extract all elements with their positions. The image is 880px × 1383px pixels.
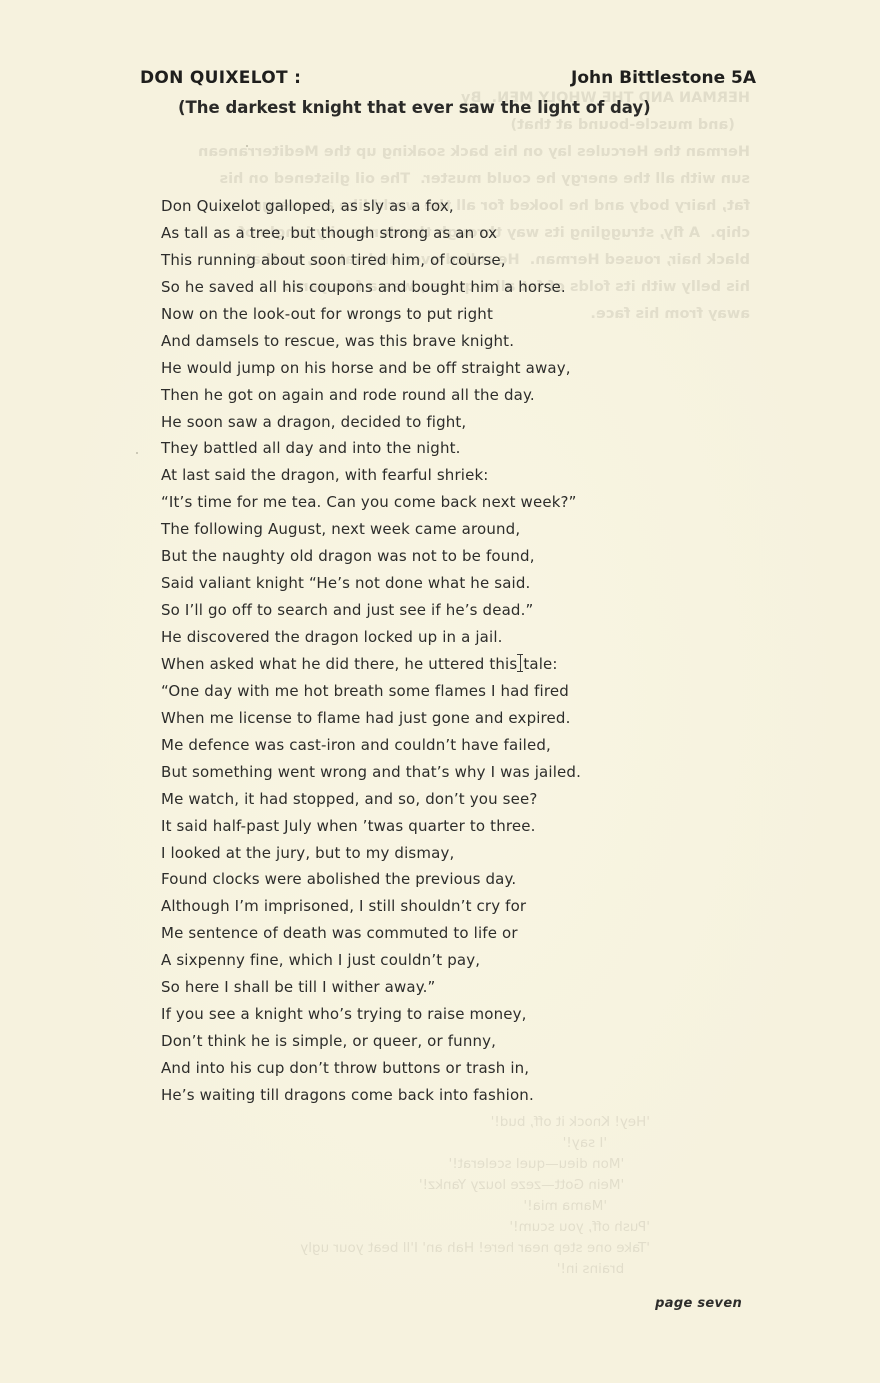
poem-line: A sixpenny fine, which I just couldn’t p… bbox=[161, 947, 581, 974]
poem-line: At last said the dragon, with fearful sh… bbox=[161, 462, 581, 489]
poem-subtitle: (The darkest knight that ever saw the li… bbox=[178, 98, 706, 117]
poem-line: It said half-past July when ’twas quarte… bbox=[161, 813, 581, 840]
poem-line: And damsels to rescue, was this brave kn… bbox=[161, 328, 581, 355]
poem-line: Then he got on again and rode round all … bbox=[161, 382, 581, 409]
poem-line: Said valiant knight “He’s not done what … bbox=[161, 570, 581, 597]
poem-line: Me sentence of death was commuted to lif… bbox=[161, 920, 581, 947]
print-speck bbox=[246, 145, 248, 147]
text-cursor-ibeam-icon bbox=[517, 654, 523, 672]
print-speck bbox=[136, 452, 138, 454]
poem-line: Although I’m imprisoned, I still shouldn… bbox=[161, 893, 581, 920]
poem-author: John Bittlestone 5A bbox=[571, 68, 756, 88]
poem-line: This running about soon tired him, of co… bbox=[161, 247, 581, 274]
poem-line: Don Quixelot galloped, as sly as a fox, bbox=[161, 193, 581, 220]
line-text-before-cursor: When asked what he did there, he uttered… bbox=[161, 655, 517, 673]
document-page: HERMAN AND THE WHOLY MEN. By (and muscle… bbox=[0, 0, 880, 1383]
poem-line: “One day with me hot breath some flames … bbox=[161, 678, 581, 705]
poem-line: Me defence was cast-iron and couldn’t ha… bbox=[161, 732, 581, 759]
poem-body: Don Quixelot galloped, as sly as a fox, … bbox=[161, 193, 581, 1109]
poem-line-with-cursor[interactable]: When asked what he did there, he uttered… bbox=[161, 651, 581, 678]
poem-line: “It’s time for me tea. Can you come back… bbox=[161, 489, 581, 516]
poem-line: They battled all day and into the night. bbox=[161, 435, 581, 462]
poem-line: And into his cup don’t throw buttons or … bbox=[161, 1055, 581, 1082]
line-text-after-cursor: tale: bbox=[523, 655, 557, 673]
poem-line: The following August, next week came aro… bbox=[161, 516, 581, 543]
poem-line: Now on the look-out for wrongs to put ri… bbox=[161, 301, 581, 328]
poem-line: As tall as a tree, but though strong as … bbox=[161, 220, 581, 247]
poem-line: But the naughty old dragon was not to be… bbox=[161, 543, 581, 570]
poem-header: DON QUIXELOT : John Bittlestone 5A bbox=[140, 68, 756, 88]
page-number: page seven bbox=[655, 1296, 742, 1311]
poem-line: He would jump on his horse and be off st… bbox=[161, 355, 581, 382]
poem-line: Me watch, it had stopped, and so, don’t … bbox=[161, 786, 581, 813]
poem-line: He’s waiting till dragons come back into… bbox=[161, 1082, 581, 1109]
poem-line: He discovered the dragon locked up in a … bbox=[161, 624, 581, 651]
poem-line: I looked at the jury, but to my dismay, bbox=[161, 840, 581, 867]
poem-line: Found clocks were abolished the previous… bbox=[161, 866, 581, 893]
poem-line: If you see a knight who’s trying to rais… bbox=[161, 1001, 581, 1028]
poem-line: So he saved all his coupons and bought h… bbox=[161, 274, 581, 301]
reverse-side-showthrough-bottom: 'Hey! Knock it off, bud!' 'I say!' 'Mon … bbox=[190, 1112, 650, 1280]
poem-line: He soon saw a dragon, decided to fight, bbox=[161, 409, 581, 436]
poem-line: So here I shall be till I wither away.” bbox=[161, 974, 581, 1001]
poem-line: So I’ll go off to search and just see if… bbox=[161, 597, 581, 624]
poem-line: Don’t think he is simple, or queer, or f… bbox=[161, 1028, 581, 1055]
poem-title: DON QUIXELOT : bbox=[140, 68, 301, 88]
poem-line: When me license to flame had just gone a… bbox=[161, 705, 581, 732]
poem-line: But something went wrong and that’s why … bbox=[161, 759, 581, 786]
